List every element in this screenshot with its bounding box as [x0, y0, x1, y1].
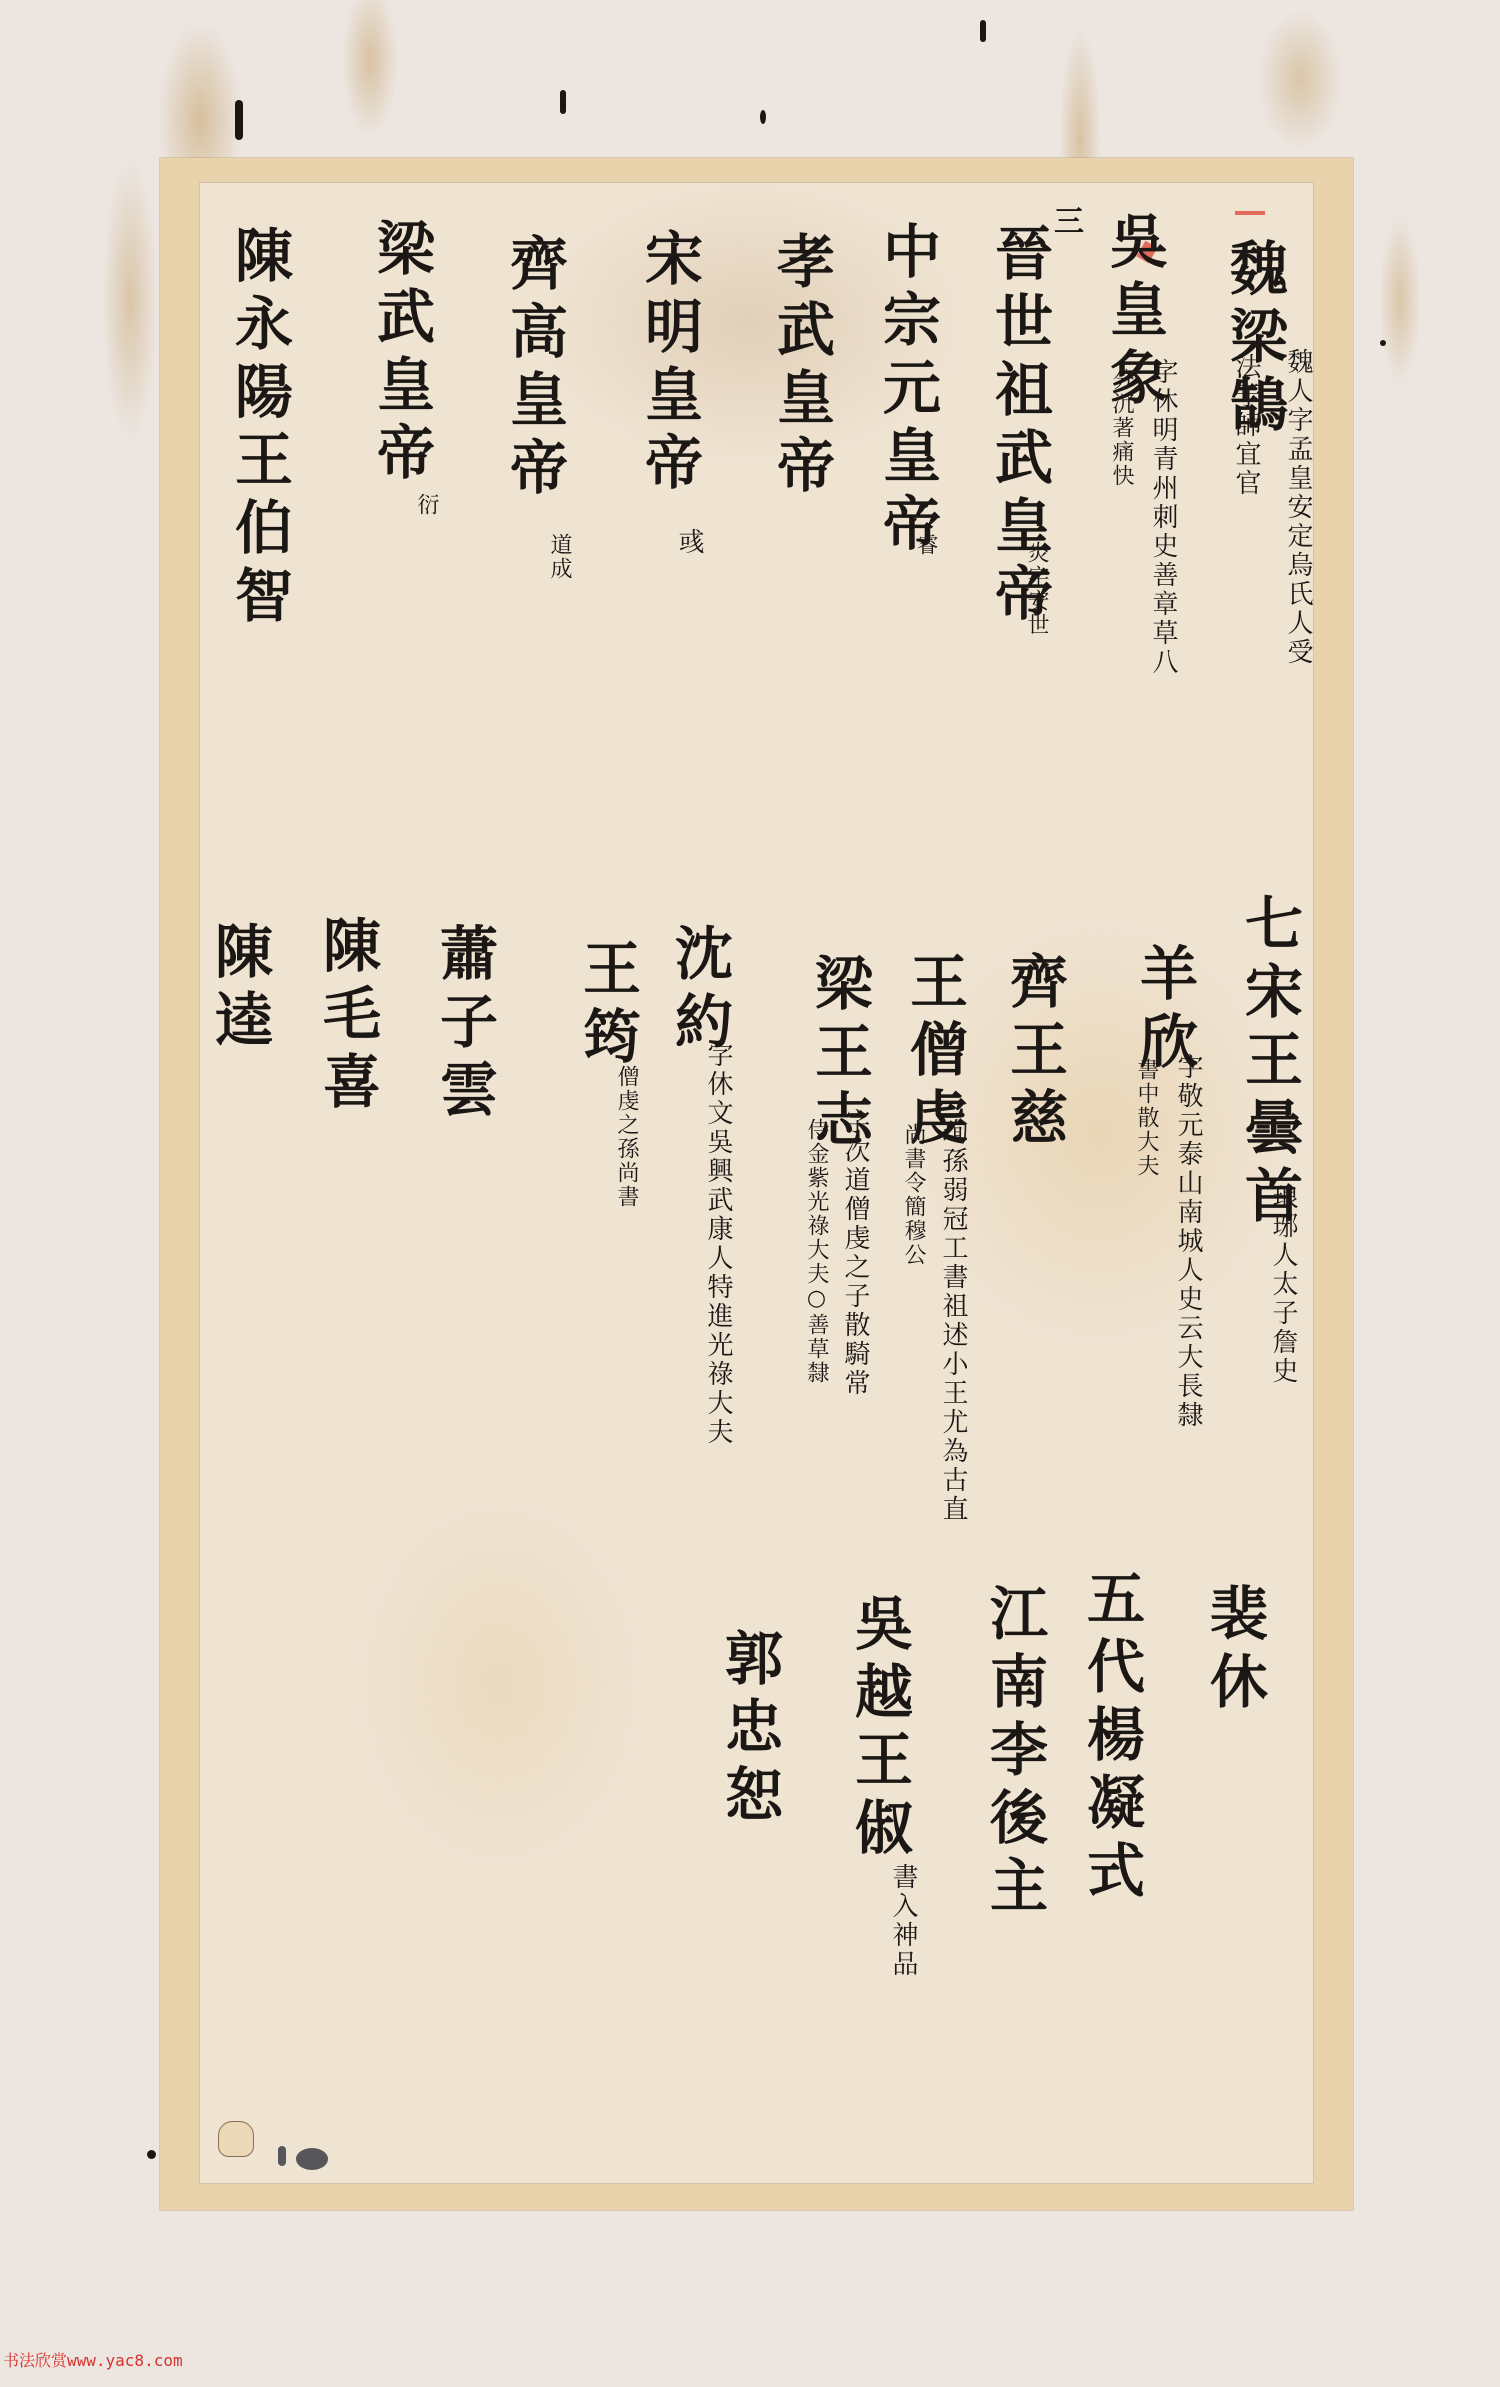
ink-blot [296, 2148, 328, 2170]
calligrapher-wuyue-wang-chu: 吳越王俶 [850, 1593, 908, 1865]
annotation: 琅琊人太子詹史 [1270, 1183, 1296, 1386]
calligrapher-wang-jun: 王筠 [578, 938, 636, 1074]
worm-hole [1380, 340, 1386, 346]
calligrapher-song-ming: 宋明皇帝 [640, 228, 698, 500]
annotation: 道成 [548, 533, 570, 581]
worm-hole [760, 110, 766, 124]
annotation: 魏人字孟皇安定烏氏人受 [1285, 348, 1311, 667]
annotation: 僧虔之孫尚書 [615, 1065, 637, 1209]
calligrapher-qi-gao: 齊高皇帝 [505, 233, 563, 505]
mount-border: 魏梁鵠 魏人字孟皇安定烏氏人受 法于師宜官 吳皇象 字休明青州刺史善章草八 分沉… [160, 158, 1353, 2210]
calligrapher-shen-yue: 沈約 [670, 923, 728, 1059]
worm-hole [235, 100, 243, 140]
calligrapher-pei-xiu: 裴休 [1205, 1583, 1263, 1719]
annotation: 尚書令簡穆公 [902, 1123, 924, 1267]
section-marker: 三 [1050, 205, 1080, 235]
annotation: 書中散大夫 [1135, 1058, 1157, 1178]
annotation: 字敬元泰山南城人史云大長隸 [1175, 1053, 1201, 1430]
annotation: 炎字安世 [1025, 541, 1047, 637]
manuscript-paper: 魏梁鵠 魏人字孟皇安定烏氏人受 法于師宜官 吳皇象 字休明青州刺史善章草八 分沉… [199, 182, 1314, 2184]
worm-hole [980, 20, 986, 42]
annotation: 分沉著痛快 [1110, 368, 1132, 488]
calligrapher-yang-ningshi: 五代楊凝式 [1082, 1568, 1140, 1908]
annotation: 衍 [415, 493, 437, 517]
calligrapher-liang-wu: 梁武皇帝 [372, 218, 430, 490]
annotation: 法于師宜官 [1233, 353, 1259, 498]
calligrapher-li-houzhu: 江南李後主 [985, 1583, 1043, 1923]
calligrapher-wang-tanshou: 七宋王曇首 [1240, 893, 1298, 1233]
calligrapher-chen-kui: 陳逵 [210, 921, 268, 1057]
red-seal-mark [1235, 211, 1265, 215]
annotation: 珣孫弱冠工書祖述小王尤為古直 [940, 1118, 966, 1524]
ink-blot [278, 2146, 286, 2166]
calligrapher-qi-wang-ci: 齊王慈 [1005, 951, 1063, 1155]
calligrapher-zhongzong: 中宗元皇帝 [878, 221, 936, 561]
annotation: 字休明青州刺史善章草八 [1150, 358, 1176, 677]
annotation: 侍金紫光祿大夫○善草隸 [805, 1118, 827, 1385]
calligrapher-chen-maoxi: 陳毛喜 [318, 915, 376, 1119]
annotation: 彧 [676, 528, 702, 557]
annotation: 書入神品 [890, 1863, 916, 1979]
calligrapher-chen-yongyang: 陳永陽王伯智 [230, 225, 288, 633]
calligrapher-guo-zhongshu: 郭忠恕 [720, 1628, 778, 1832]
worm-hole [147, 2150, 156, 2159]
annotation: 字次道僧虔之子散騎常 [842, 1108, 868, 1398]
annotation: 字休文吳興武康人特進光祿大夫 [705, 1041, 731, 1447]
calligrapher-xiao-ziyun: 蕭子雲 [435, 923, 493, 1127]
annotation: 睿 [914, 533, 936, 557]
worm-hole [560, 90, 566, 114]
paper-tear [218, 2121, 254, 2157]
calligrapher-xiaowu: 孝武皇帝 [772, 231, 830, 503]
website-watermark: 书法欣赏www.yac8.com [3, 2348, 183, 2371]
